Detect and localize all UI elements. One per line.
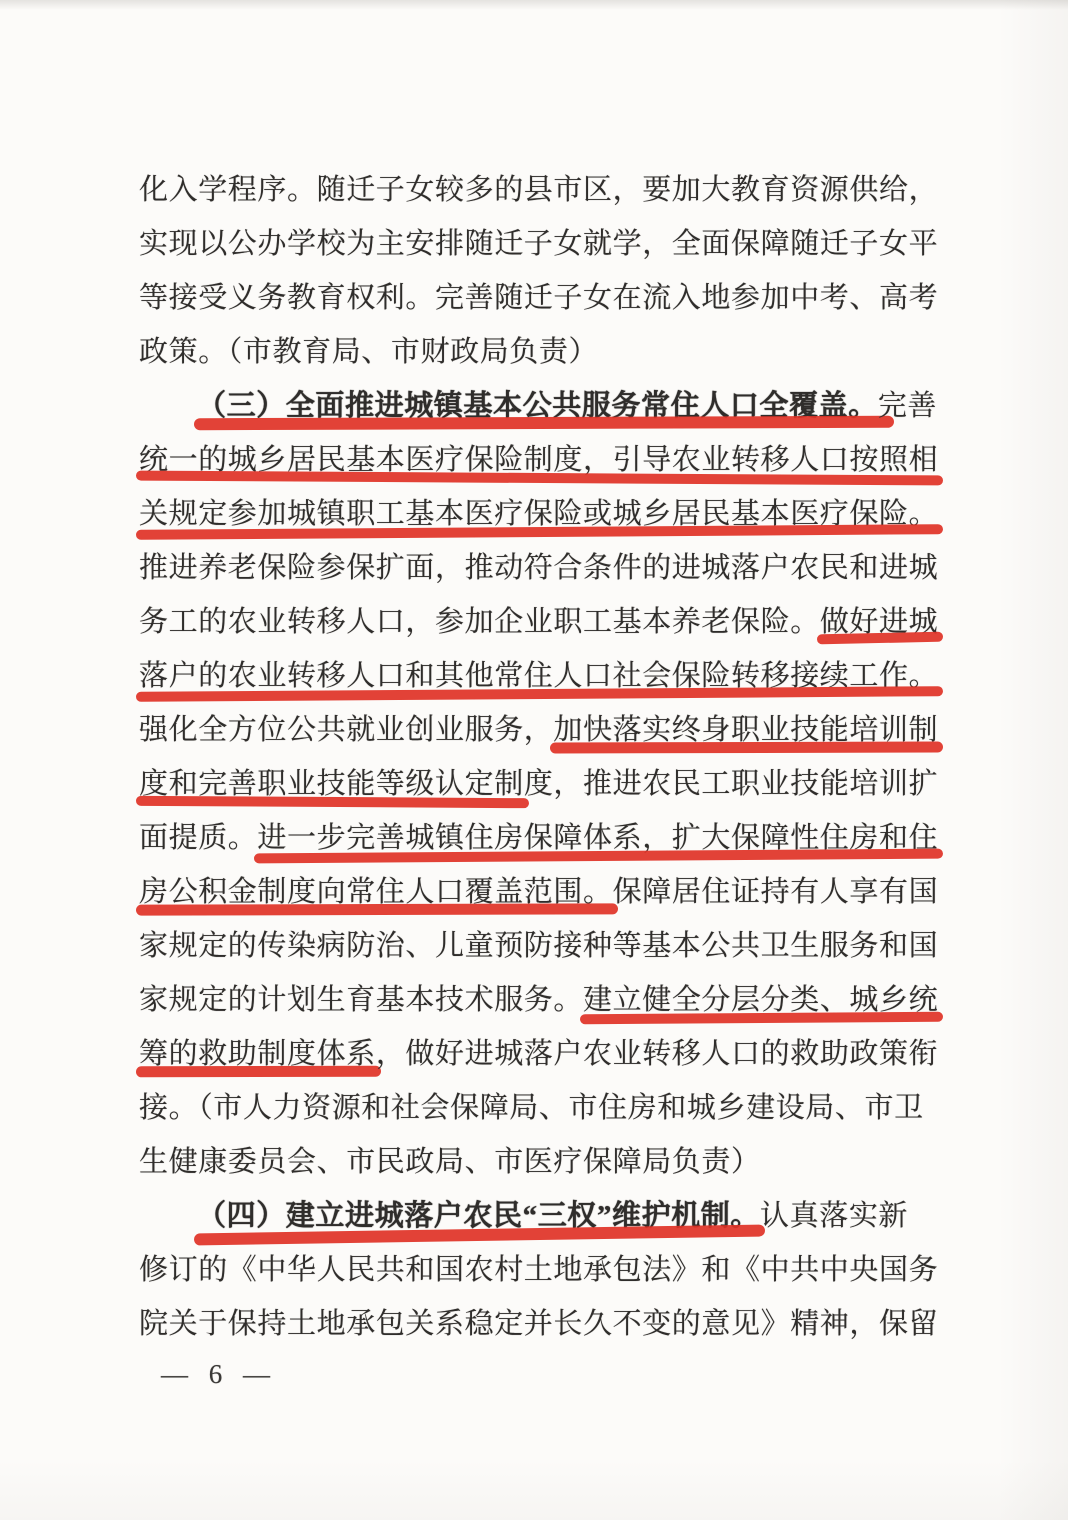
text-line: 强化全方位公共就业创业服务，加快落实终身职业技能培训制 [139,703,955,757]
red-underlined-text: 房公积金制度向常住人口覆盖范围。 [139,876,613,908]
scan-shading-bottom [0,1460,1068,1520]
text-line: 接。（市人力资源和社会保障局、市住房和城乡建设局、市卫 [139,1081,955,1135]
text-segment: 务工的农业转移人口，参加企业职工基本养老保险。 [139,606,820,638]
text-line: （四）建立进城落户农民“三权”维护机制。认真落实新 [139,1189,955,1243]
text-segment: 生健康委员会、市民政局、市医疗保障局负责） [139,1146,761,1178]
document-body: 化入学程序。随迁子女较多的县市区，要加大教育资源供给，实现以公办学校为主安排随迁… [139,163,955,1351]
text-line: 政策。（市教育局、市财政局负责） [139,325,955,379]
text-segment: 化入学程序。随迁子女较多的县市区，要加大教育资源供给， [139,174,938,206]
text-line: 家规定的传染病防治、儿童预防接种等基本公共卫生服务和国 [139,919,955,973]
text-line: 家规定的计划生育基本技术服务。建立健全分层分类、城乡统 [139,973,955,1027]
red-underlined-text: 筹的救助制度体系 [139,1038,376,1070]
text-segment: 强化全方位公共就业创业服务， [139,714,553,746]
document-page: 化入学程序。随迁子女较多的县市区，要加大教育资源供给，实现以公办学校为主安排随迁… [0,0,1068,1520]
text-line: 关规定参加城镇职工基本医疗保险或城乡居民基本医疗保险。 [139,487,955,541]
text-segment: 修订的《中华人民共和国农村土地承包法》和《中共中央国务 [139,1254,938,1286]
text-line: 统一的城乡居民基本医疗保险制度，引导农业转移人口按照相 [139,433,955,487]
red-underlined-text: 加快落实终身职业技能培训制 [553,714,938,746]
red-underlined-text: 关规定参加城镇职工基本医疗保险或城乡居民基本医疗保险。 [139,498,938,530]
text-line: 房公积金制度向常住人口覆盖范围。保障居住证持有人享有国 [139,865,955,919]
text-segment: 保障居住证持有人享有国 [613,876,939,908]
text-segment: 实现以公办学校为主安排随迁子女就学，全面保障随迁子女平 [139,228,938,260]
text-line: 务工的农业转移人口，参加企业职工基本养老保险。做好进城 [139,595,955,649]
text-line: 筹的救助制度体系，做好进城落户农业转移人口的救助政策衔 [139,1027,955,1081]
text-line: 化入学程序。随迁子女较多的县市区，要加大教育资源供给， [139,163,955,217]
red-underlined-text: 建立健全分层分类、城乡统 [583,984,938,1016]
text-line: 等接受义务教育权利。完善随迁子女在流入地参加中考、高考 [139,271,955,325]
red-underlined-text: 度和完善职业技能等级认定制 [139,768,524,800]
text-line: 推进养老保险参保扩面，推动符合条件的进城落户农民和进城 [139,541,955,595]
text-line: 修订的《中华人民共和国农村土地承包法》和《中共中央国务 [139,1243,955,1297]
red-underlined-text: 做好进城 [820,606,938,638]
text-line: 生健康委员会、市民政局、市医疗保障局负责） [139,1135,955,1189]
text-segment: 度，推进农民工职业技能培训扩 [524,768,938,800]
text-segment: 家规定的计划生育基本技术服务。 [139,984,583,1016]
red-underlined-text: 进一步完善城镇住房保障体系，扩大保障性住房和住 [257,822,938,854]
red-underlined-text: 统一的城乡居民基本医疗保险制度，引导农业转移人口按照相 [139,444,938,476]
scan-shading-top [0,0,1068,10]
text-line: 实现以公办学校为主安排随迁子女就学，全面保障随迁子女平 [139,217,955,271]
scan-shading-right [998,0,1068,1520]
red-underlined-text: 落户的农业转移人口和其他常住人口社会保险转移接续工作。 [139,660,938,692]
text-segment: 推进养老保险参保扩面，推动符合条件的进城落户农民和进城 [139,552,938,584]
page-number: — 6 — [161,1347,277,1401]
red-underlined-text: （三）全面推进城镇基本公共服务常住人口全覆盖。 [197,390,878,422]
text-line: 度和完善职业技能等级认定制度，推进农民工职业技能培训扩 [139,757,955,811]
text-segment: 面提质。 [139,822,257,854]
text-line: 落户的农业转移人口和其他常住人口社会保险转移接续工作。 [139,649,955,703]
text-segment: 政策。（市教育局、市财政局负责） [139,336,598,368]
text-segment: 接。（市人力资源和社会保障局、市住房和城乡建设局、市卫 [139,1092,924,1124]
text-line: （三）全面推进城镇基本公共服务常住人口全覆盖。完善 [139,379,955,433]
text-segment: 家规定的传染病防治、儿童预防接种等基本公共卫生服务和国 [139,930,938,962]
text-segment: 院关于保持土地承包关系稳定并长久不变的意见》精神，保留 [139,1308,938,1340]
text-line: 院关于保持土地承包关系稳定并长久不变的意见》精神，保留 [139,1297,955,1351]
text-segment: 完善 [878,390,937,422]
text-segment: 认真落实新 [760,1200,908,1232]
text-segment: 等接受义务教育权利。完善随迁子女在流入地参加中考、高考 [139,282,938,314]
text-line: 面提质。进一步完善城镇住房保障体系，扩大保障性住房和住 [139,811,955,865]
text-segment: ，做好进城落户农业转移人口的救助政策衔 [376,1038,938,1070]
red-underlined-text: （四）建立进城落户农民“三权”维护机制。 [197,1200,760,1232]
